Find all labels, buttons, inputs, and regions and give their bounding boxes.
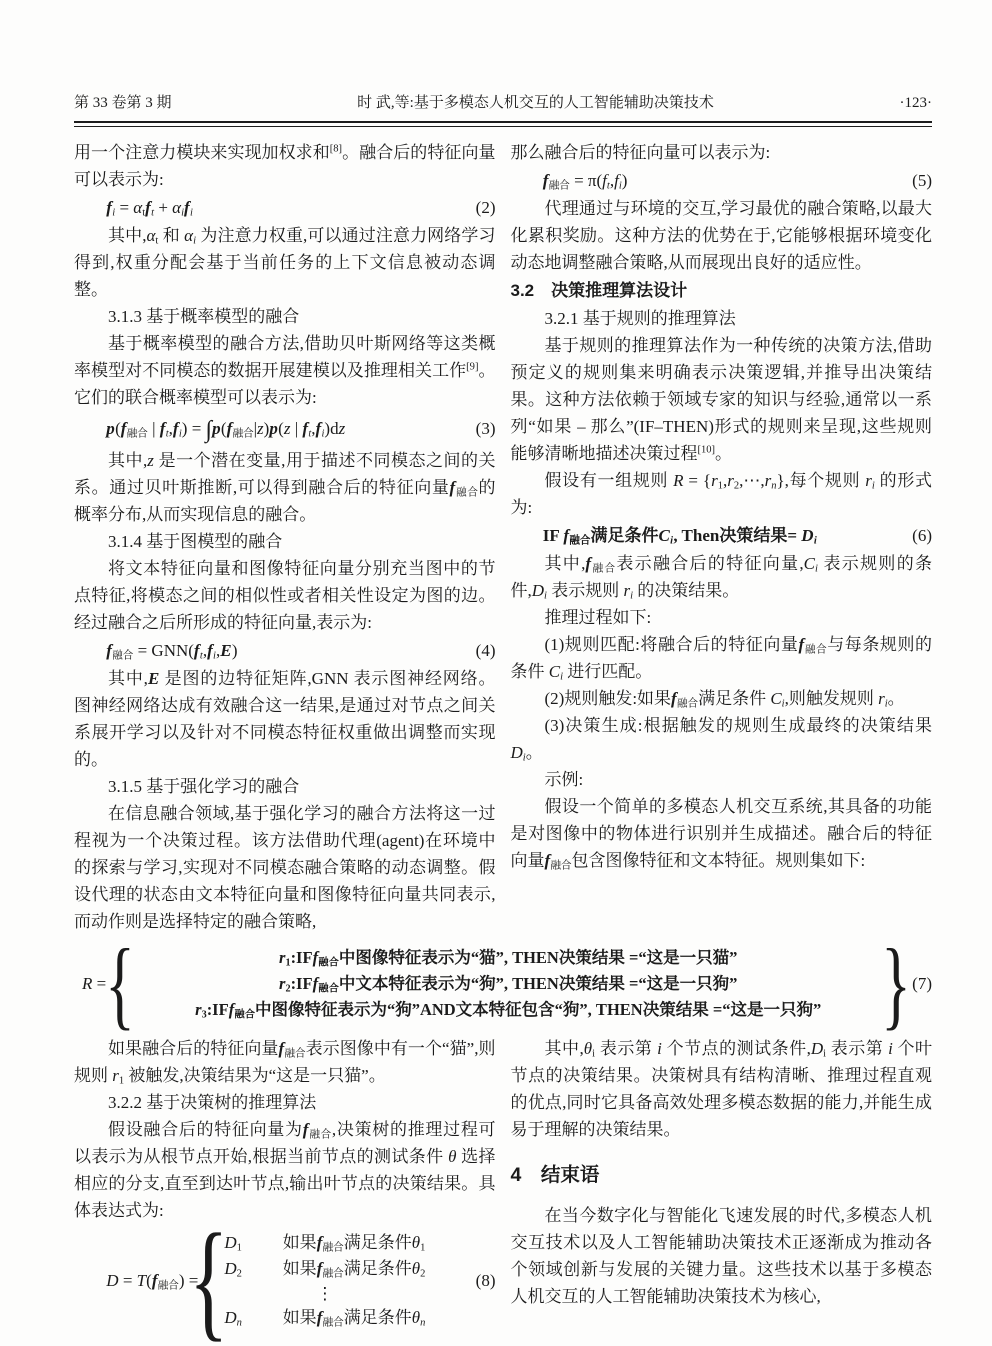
heading-3-2-2: 3.2.2 基于决策树的推理算法 — [74, 1089, 496, 1116]
para-step-1: (1)规则匹配:将融合后的特征向量f融合与每条规则的条件 Ci 进行匹配。 — [511, 631, 933, 685]
para-theta-nodes: 其中,θi 表示第 i 个节点的测试条件,Di 表示第 i 个叶节点的决策结果。… — [511, 1035, 933, 1143]
content-top: 用一个注意力模块来实现加权求和[8]。融合后的特征向量可以表示为: fi = α… — [74, 139, 932, 935]
equation-8-body: D = T(f融合) = { D1 如果f融合满足条件θ1 D2 如果f融合满足… — [74, 1230, 476, 1332]
column-right-top: 那么融合后的特征向量可以表示为: f融合 = π(ft,fi) (5) 代理通过… — [511, 139, 933, 935]
equation-8: D = T(f融合) = { D1 如果f融合满足条件θ1 D2 如果f融合满足… — [74, 1230, 496, 1332]
para-procedure-intro: 推理过程如下: — [511, 604, 933, 631]
para-edge-matrix: 其中,E 是图的边特征矩阵,GNN 表示图神经网络。图神经网络达成有效融合这一结… — [74, 665, 496, 773]
equation-4: f融合 = GNN(ft,fi,E) (4) — [74, 637, 496, 664]
header-issue: 第 33 卷第 3 期 — [74, 94, 172, 112]
heading-3-1-5: 3.1.5 基于强化学习的融合 — [74, 773, 496, 800]
para-fused-vector-intro: 那么融合后的特征向量可以表示为: — [511, 139, 933, 166]
heading-3-2-1: 3.2.1 基于规则的推理算法 — [511, 305, 933, 332]
equation-6: IF f融合满足条件Ci, Then决策结果= Di (6) — [511, 522, 933, 549]
para-reinforcement-fusion: 在信息融合领域,基于强化学习的融合方法将这一过程视为一个决策过程。该方法借助代理… — [74, 800, 496, 935]
equation-5-body: f融合 = π(ft,fi) — [511, 167, 913, 194]
equation-5-number: (5) — [912, 167, 932, 194]
para-graph-model: 将文本特征向量和图像特征向量分别充当图中的节点特征,将模态之间的相似性或者相关性… — [74, 555, 496, 636]
para-step-2: (2)规则触发:如果f融合满足条件 Ci,则触发规则 ri。 — [511, 685, 933, 712]
equation-7: R = { r1:IFf融合中图像特征表示为“猫”, THEN决策结果 =“这是… — [74, 945, 932, 1023]
equation-6-number: (6) — [912, 522, 932, 549]
para-probability-model: 基于概率模型的融合方法,借助贝叶斯网络等这类概率模型对不同模态的数据开展建模以及… — [74, 330, 496, 411]
equation-8-cases: D1 如果f融合满足条件θ1 D2 如果f融合满足条件θ2 ⋮ Dn 如果f融合… — [218, 1230, 425, 1332]
equation-3-number: (3) — [476, 415, 496, 442]
para-decision-tree: 假设融合后的特征向量为f融合,决策树的推理过程可以表示为从根节点开始,根据当前节… — [74, 1116, 496, 1224]
equation-5: f融合 = π(ft,fi) (5) — [511, 167, 933, 194]
para-example-system: 假设一个简单的多模态人机交互系统,其具备的功能是对图像中的物体进行识别并生成描述… — [511, 793, 933, 874]
equation-7-rules: r1:IFf融合中图像特征表示为“猫”, THEN决策结果 =“这是一只猫” r… — [130, 945, 886, 1023]
heading-3-2: 3.2 决策推理算法设计 — [511, 277, 933, 304]
content-bottom: 如果融合后的特征向量f融合表示图像中有一个“猫”,则规则 r1 被触发,决策结果… — [74, 1035, 932, 1333]
case-n-condition: 如果f融合满足条件θn — [283, 1305, 426, 1332]
equation-4-body: f融合 = GNN(ft,fi,E) — [74, 637, 476, 664]
case-1-condition: 如果f融合满足条件θ1 — [283, 1230, 426, 1257]
equation-8-number: (8) — [476, 1267, 496, 1294]
rule-line-2: r2:IFf融合中文本特征表示为“狗”, THEN决策结果 =“这是一只狗” — [130, 971, 886, 997]
case-2-condition: 如果f融合满足条件θ2 — [283, 1256, 426, 1283]
para-rule-set: 假设有一组规则 R = {r1,r2,⋯,rn},每个规则 ri 的形式为: — [511, 467, 933, 521]
para-latent-variable: 其中,z 是一个潜在变量,用于描述不同模态之间的关系。通过贝叶斯推断,可以得到融… — [74, 447, 496, 528]
rule-line-3: r3:IFf融合中图像特征表示为“狗”AND文本特征包含“狗”, THEN决策结… — [130, 997, 886, 1023]
equation-2-number: (2) — [476, 194, 496, 221]
header-article-title: 时 武,等:基于多模态人机交互的人工智能辅助决策技术 — [172, 94, 900, 112]
heading-3-1-4: 3.1.4 基于图模型的融合 — [74, 528, 496, 555]
para-agent-learning: 代理通过与环境的交互,学习最优的融合策略,以最大化累积奖励。这种方法的优势在于,… — [511, 195, 933, 276]
para-rule-symbols: 其中,f融合表示融合后的特征向量,Ci 表示规则的条件,Di 表示规则 ri 的… — [511, 550, 933, 604]
equation-2: fi = αtft + αifi (2) — [74, 194, 496, 221]
para-rule-based: 基于规则的推理算法作为一种传统的决策方法,借助预定义的规则集来明确表示决策逻辑,… — [511, 332, 933, 467]
para-conclusion: 在当今数字化与智能化飞速发展的时代,多模态人机交互技术以及人工智能辅助决策技术正… — [511, 1202, 933, 1310]
column-left-bottom: 如果融合后的特征向量f融合表示图像中有一个“猫”,则规则 r1 被触发,决策结果… — [74, 1035, 496, 1333]
equation-6-body: IF f融合满足条件Ci, Then决策结果= Di — [511, 522, 913, 549]
para-example-label: 示例: — [511, 766, 933, 793]
equation-2-body: fi = αtft + αifi — [74, 194, 476, 221]
journal-page: 第 33 卷第 3 期 时 武,等:基于多模态人机交互的人工智能辅助决策技术 ·… — [0, 0, 992, 1346]
equation-4-number: (4) — [476, 637, 496, 664]
para-cat-trigger: 如果融合后的特征向量f融合表示图像中有一个“猫”,则规则 r1 被触发,决策结果… — [74, 1035, 496, 1089]
rule-line-1: r1:IFf融合中图像特征表示为“猫”, THEN决策结果 =“这是一只猫” — [130, 945, 886, 971]
para-alpha-weights: 其中,αt 和 αi 为注意力权重,可以通过注意力网络学习得到,权重分配会基于当… — [74, 222, 496, 303]
equation-3: p(f融合 | ft,fi) = ∫p(f融合|z)p(z | ft,fi)dz… — [74, 412, 496, 446]
equation-3-body: p(f融合 | ft,fi) = ∫p(f融合|z)p(z | ft,fi)dz — [74, 415, 476, 442]
column-right-bottom: 其中,θi 表示第 i 个节点的测试条件,Di 表示第 i 个叶节点的决策结果。… — [511, 1035, 933, 1333]
column-left-top: 用一个注意力模块来实现加权求和[8]。融合后的特征向量可以表示为: fi = α… — [74, 139, 496, 935]
heading-4-conclusion: 4 结束语 — [511, 1162, 933, 1189]
vertical-ellipsis: ⋮ — [224, 1283, 425, 1305]
page-header: 第 33 卷第 3 期 时 武,等:基于多模态人机交互的人工智能辅助决策技术 ·… — [74, 94, 932, 112]
para-step-3: (3)决策生成:根据触发的规则生成最终的决策结果 Di。 — [511, 712, 933, 766]
header-double-rule — [74, 121, 932, 127]
equation-8-lhs: D = T(f融合) = — [106, 1267, 198, 1294]
para-attention-sum: 用一个注意力模块来实现加权求和[8]。融合后的特征向量可以表示为: — [74, 139, 496, 193]
header-page-number: ·123· — [900, 94, 933, 112]
heading-3-1-3: 3.1.3 基于概率模型的融合 — [74, 303, 496, 330]
